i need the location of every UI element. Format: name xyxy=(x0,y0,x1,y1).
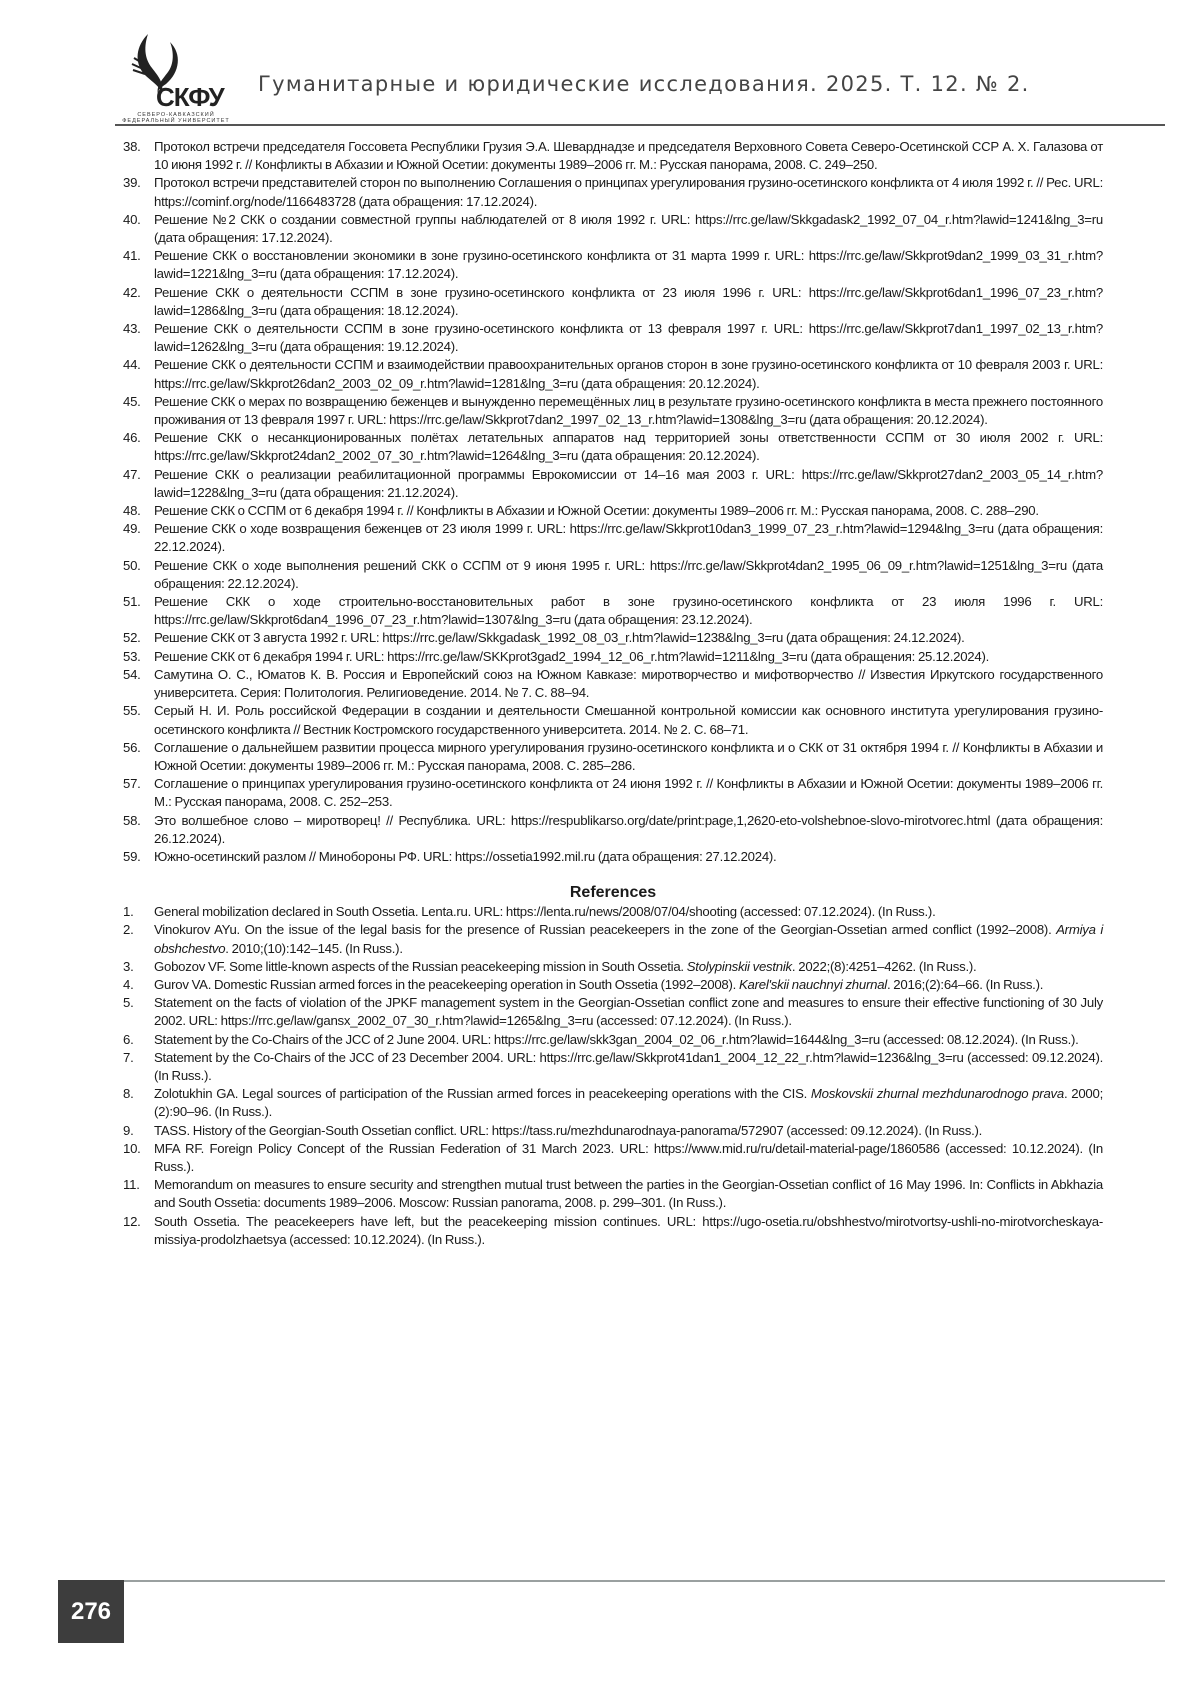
page-number: 276 xyxy=(58,1580,124,1643)
reference-text: Южно-осетинский разлом // Минобороны РФ.… xyxy=(154,849,776,864)
reference-item: 9.TASS. History of the Georgian-South Os… xyxy=(123,1122,1103,1140)
reference-number: 2. xyxy=(123,921,134,939)
reference-item: 58.Это волшебное слово – миротворец! // … xyxy=(123,812,1103,848)
reference-number: 39. xyxy=(123,174,141,192)
reference-item: 54.Самутина О. С., Юматов К. В. Россия и… xyxy=(123,666,1103,702)
references-list-en: 1.General mobilization declared in South… xyxy=(123,903,1103,1249)
reference-journal: Karel'skii nauchnyi zhurnal xyxy=(739,977,887,992)
reference-number: 54. xyxy=(123,666,141,684)
reference-text: Решение СКК о деятельности ССПМ в зоне г… xyxy=(154,285,1103,318)
reference-item: 55.Серый Н. И. Роль российской Федерации… xyxy=(123,702,1103,738)
reference-text: MFA RF. Foreign Policy Concept of the Ru… xyxy=(154,1141,1103,1174)
reference-text: Решение СКК о мерах по возвращению бежен… xyxy=(154,394,1103,427)
reference-text: Statement by the Co-Chairs of the JCC of… xyxy=(154,1050,1103,1083)
university-logo: СКФУ Северо-Кавказский федеральный униве… xyxy=(120,32,230,124)
reference-text: Решение СКК о ходе выполнения решений СК… xyxy=(154,558,1103,591)
reference-item: 6.Statement by the Co-Chairs of the JCC … xyxy=(123,1031,1103,1049)
reference-text: Memorandum on measures to ensure securit… xyxy=(154,1177,1103,1210)
reference-number: 47. xyxy=(123,466,141,484)
reference-item: 43.Решение СКК о деятельности ССПМ в зон… xyxy=(123,320,1103,356)
reference-text: Решение СКК о несанкционированных полёта… xyxy=(154,430,1103,463)
reference-number: 58. xyxy=(123,812,141,830)
reference-item: 50.Решение СКК о ходе выполнения решений… xyxy=(123,557,1103,593)
logo-text: СКФУ xyxy=(156,82,224,113)
reference-number: 46. xyxy=(123,429,141,447)
reference-item: 38.Протокол встречи председателя Госсове… xyxy=(123,138,1103,174)
reference-item: 39.Протокол встречи представителей сторо… xyxy=(123,174,1103,210)
reference-text: Решение СКК о деятельности ССПМ в зоне г… xyxy=(154,321,1103,354)
reference-number: 6. xyxy=(123,1031,134,1049)
reference-number: 1. xyxy=(123,903,134,921)
reference-number: 53. xyxy=(123,648,141,666)
reference-number: 51. xyxy=(123,593,141,611)
reference-number: 12. xyxy=(123,1213,141,1231)
reference-number: 41. xyxy=(123,247,141,265)
reference-item: 8.Zolotukhin GA. Legal sources of partic… xyxy=(123,1085,1103,1121)
reference-item: 12.South Ossetia. The peacekeepers have … xyxy=(123,1213,1103,1249)
reference-text: Statement on the facts of violation of t… xyxy=(154,995,1103,1028)
reference-text: Gurov VA. Domestic Russian armed forces … xyxy=(154,977,739,992)
reference-text: Vinokurov AYu. On the issue of the legal… xyxy=(154,922,1056,937)
reference-item: 44.Решение СКК о деятельности ССПМ и вза… xyxy=(123,356,1103,392)
reference-journal: Stolypinskii vestnik xyxy=(687,959,792,974)
reference-item: 57.Соглашение о принципах урегулирования… xyxy=(123,775,1103,811)
reference-item: 47.Решение СКК о реализации реабилитацио… xyxy=(123,466,1103,502)
reference-text: Решение СКК от 3 августа 1992 г. URL: ht… xyxy=(154,630,965,645)
header-divider xyxy=(115,124,1165,126)
reference-number: 45. xyxy=(123,393,141,411)
reference-number: 7. xyxy=(123,1049,134,1067)
reference-number: 10. xyxy=(123,1140,141,1158)
reference-text: Решение СКК от 6 декабря 1994 г. URL: ht… xyxy=(154,649,989,664)
reference-item: 42.Решение СКК о деятельности ССПМ в зон… xyxy=(123,284,1103,320)
reference-text: Решение СКК о ходе строительно-восстанов… xyxy=(154,594,1103,627)
reference-text: Серый Н. И. Роль российской Федерации в … xyxy=(154,703,1103,736)
reference-text: Соглашение о принципах урегулирования гр… xyxy=(154,776,1103,809)
reference-number: 50. xyxy=(123,557,141,575)
reference-text: Zolotukhin GA. Legal sources of particip… xyxy=(154,1086,811,1101)
references-heading: References xyxy=(123,884,1103,902)
reference-item: 41.Решение СКК о восстановлении экономик… xyxy=(123,247,1103,283)
reference-number: 57. xyxy=(123,775,141,793)
reference-item: 7.Statement by the Co-Chairs of the JCC … xyxy=(123,1049,1103,1085)
reference-item: 3.Gobozov VF. Some little-known aspects … xyxy=(123,958,1103,976)
reference-text: Это волшебное слово – миротворец! // Рес… xyxy=(154,813,1103,846)
reference-number: 59. xyxy=(123,848,141,866)
reference-text: South Ossetia. The peacekeepers have lef… xyxy=(154,1214,1103,1247)
reference-item: 10.MFA RF. Foreign Policy Concept of the… xyxy=(123,1140,1103,1176)
footer-divider xyxy=(115,1580,1165,1582)
reference-number: 52. xyxy=(123,629,141,647)
reference-text-tail: . 2022;(8):4251–4262. (In Russ.). xyxy=(792,959,977,974)
logo-subtitle: Северо-Кавказский федеральный университе… xyxy=(120,112,232,124)
reference-text: Протокол встречи представителей сторон п… xyxy=(154,175,1103,208)
reference-number: 44. xyxy=(123,356,141,374)
reference-item: 59.Южно-осетинский разлом // Минобороны … xyxy=(123,848,1103,866)
reference-item: 40.Решение №2 СКК о создании совместной … xyxy=(123,211,1103,247)
reference-item: 52.Решение СКК от 3 августа 1992 г. URL:… xyxy=(123,629,1103,647)
reference-text: Соглашение о дальнейшем развитии процесс… xyxy=(154,740,1103,773)
reference-text: Решение СКК о деятельности ССПМ и взаимо… xyxy=(154,357,1103,390)
reference-item: 49.Решение СКК о ходе возвращения беженц… xyxy=(123,520,1103,556)
references-content: 38.Протокол встречи председателя Госсове… xyxy=(123,138,1103,1249)
journal-title: Гуманитарные и юридические исследования.… xyxy=(258,72,1030,96)
reference-number: 11. xyxy=(123,1176,140,1194)
reference-text: General mobilization declared in South O… xyxy=(154,904,936,919)
reference-text-tail: . 2016;(2):64–66. (In Russ.). xyxy=(887,977,1043,992)
reference-item: 56.Соглашение о дальнейшем развитии проц… xyxy=(123,739,1103,775)
reference-journal: Moskovskii zhurnal mezhdunarodnogo prava xyxy=(811,1086,1064,1101)
reference-number: 8. xyxy=(123,1085,134,1103)
reference-text: Решение СКК о ССПМ от 6 декабря 1994 г. … xyxy=(154,503,1039,518)
reference-item: 48.Решение СКК о ССПМ от 6 декабря 1994 … xyxy=(123,502,1103,520)
reference-text: TASS. History of the Georgian-South Osse… xyxy=(154,1123,982,1138)
reference-text: Решение СКК о ходе возвращения беженцев … xyxy=(154,521,1103,554)
reference-number: 48. xyxy=(123,502,141,520)
references-list-ru: 38.Протокол встречи председателя Госсове… xyxy=(123,138,1103,866)
reference-item: 46.Решение СКК о несанкционированных пол… xyxy=(123,429,1103,465)
reference-number: 43. xyxy=(123,320,141,338)
reference-number: 4. xyxy=(123,976,134,994)
reference-text: Statement by the Co-Chairs of the JCC of… xyxy=(154,1032,1079,1047)
reference-number: 3. xyxy=(123,958,134,976)
reference-text-tail: . 2010;(10):142–145. (In Russ.). xyxy=(225,941,402,956)
reference-text: Решение СКК о реализации реабилитационно… xyxy=(154,467,1103,500)
reference-text: Решение СКК о восстановлении экономики в… xyxy=(154,248,1103,281)
reference-item: 5.Statement on the facts of violation of… xyxy=(123,994,1103,1030)
reference-item: 51.Решение СКК о ходе строительно-восста… xyxy=(123,593,1103,629)
reference-text: Протокол встречи председателя Госсовета … xyxy=(154,139,1103,172)
reference-text: Gobozov VF. Some little-known aspects of… xyxy=(154,959,687,974)
reference-item: 1.General mobilization declared in South… xyxy=(123,903,1103,921)
reference-number: 42. xyxy=(123,284,141,302)
reference-text: Самутина О. С., Юматов К. В. Россия и Ев… xyxy=(154,667,1103,700)
reference-item: 45.Решение СКК о мерах по возвращению бе… xyxy=(123,393,1103,429)
reference-number: 49. xyxy=(123,520,141,538)
reference-item: 4.Gurov VA. Domestic Russian armed force… xyxy=(123,976,1103,994)
reference-number: 9. xyxy=(123,1122,134,1140)
reference-item: 2.Vinokurov AYu. On the issue of the leg… xyxy=(123,921,1103,957)
reference-item: 11.Memorandum on measures to ensure secu… xyxy=(123,1176,1103,1212)
reference-number: 5. xyxy=(123,994,134,1012)
reference-item: 53.Решение СКК от 6 декабря 1994 г. URL:… xyxy=(123,648,1103,666)
reference-text: Решение №2 СКК о создании совместной гру… xyxy=(154,212,1103,245)
reference-number: 38. xyxy=(123,138,141,156)
reference-number: 40. xyxy=(123,211,141,229)
reference-number: 56. xyxy=(123,739,141,757)
reference-number: 55. xyxy=(123,702,141,720)
